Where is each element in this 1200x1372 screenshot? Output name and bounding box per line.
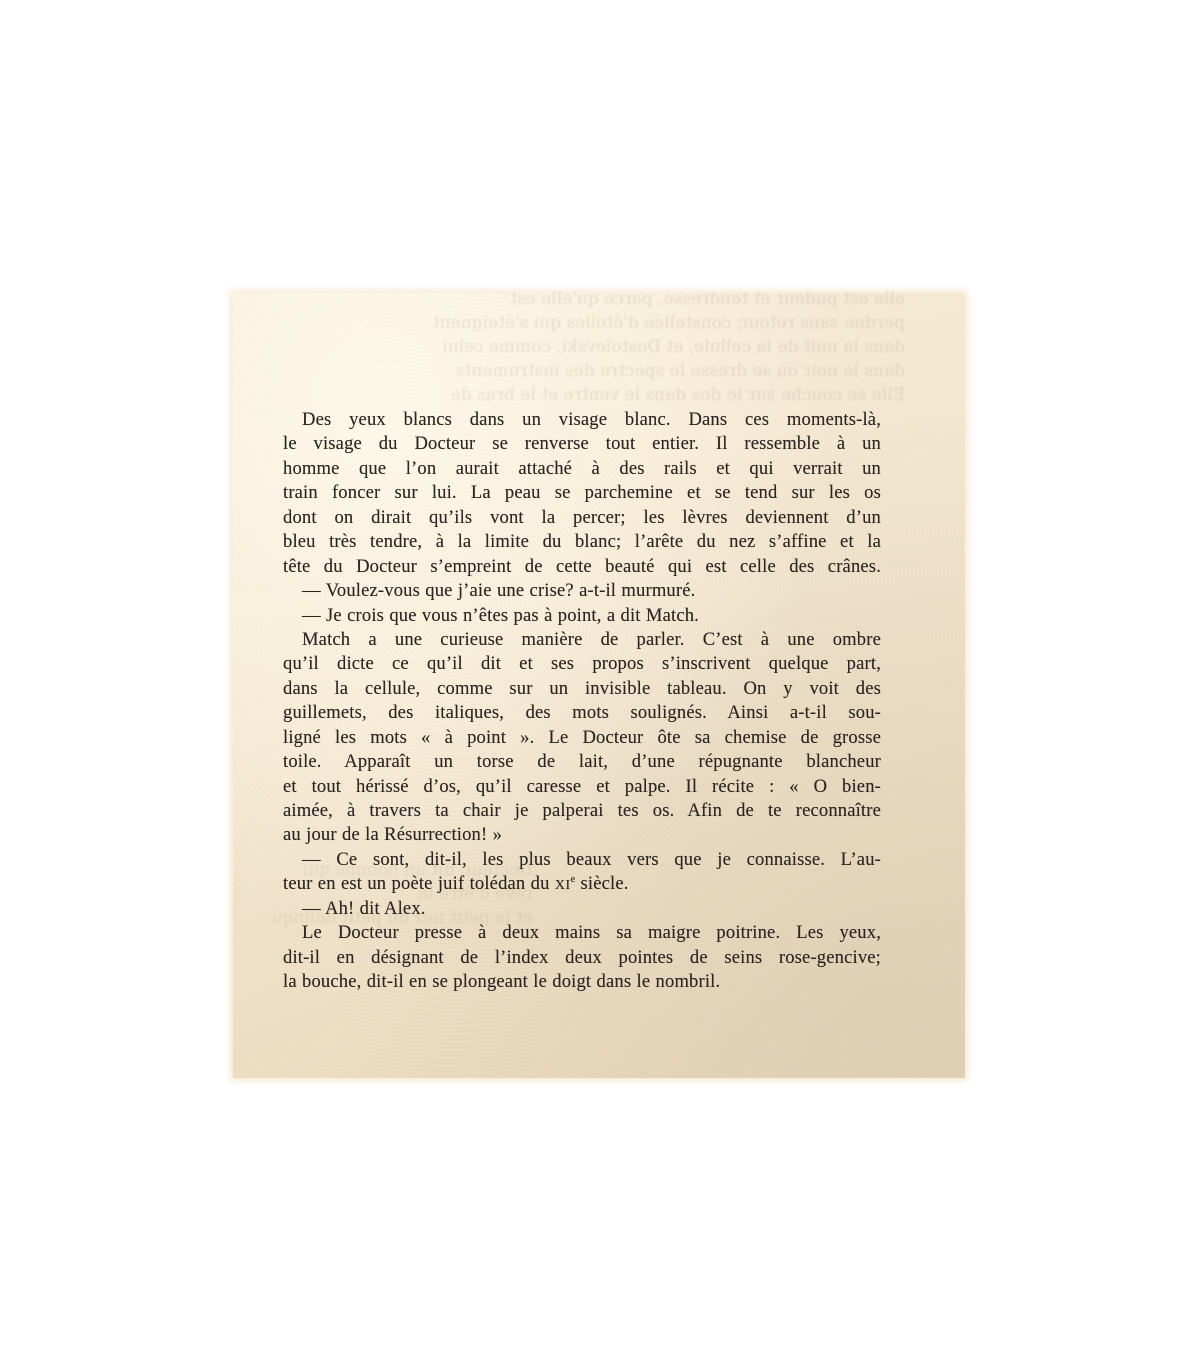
text-line: Le Docteur presse à deux mains sa maigre…: [283, 921, 881, 945]
text-line: tête du Docteur s’empreint de cette beau…: [283, 555, 881, 579]
bleed-through-line: dans la nuit de la cellule, et Dostoïevs…: [285, 335, 905, 359]
text-line: aimée, à travers ta chair je palperai te…: [283, 799, 881, 823]
bleed-through-line: Elle se couche sur le dos dans le ventre…: [285, 383, 905, 407]
text-line: ligné les mots « à point ». Le Docteur ô…: [283, 726, 881, 750]
text-line: teur en est un poète juif tolédan du XIe…: [283, 872, 881, 896]
text-line: guillemets, des italiques, des mots soul…: [283, 701, 881, 725]
bleed-through-line: elle est pudeur et tendresse, parce qu'e…: [285, 287, 905, 311]
text-line: au jour de la Résurrection! »: [283, 823, 881, 847]
text-line: Match a une curieuse manière de parler. …: [283, 628, 881, 652]
dialogue-line: — Voulez-vous que j’aie une crise? a-t-i…: [283, 579, 881, 603]
text-line: dit-il en désignant de l’index deux poin…: [283, 946, 881, 970]
bleed-through-line: dans le noir où se dresse le spectre des…: [285, 359, 905, 383]
text-line: dont on dirait qu’ils vont la percer; le…: [283, 506, 881, 530]
text-line: bleu très tendre, à la limite du blanc; …: [283, 530, 881, 554]
text-line: toile. Apparaît un torse de lait, d’une …: [283, 750, 881, 774]
text-line: la bouche, dit-il en se plongeant le doi…: [283, 970, 881, 994]
bleed-through-text: elle est pudeur et tendresse, parce qu'e…: [285, 287, 905, 407]
text-line: dans la cellule, comme sur un invisible …: [283, 677, 881, 701]
text-line: qu’il dicte ce qu’il dit et ses propos s…: [283, 652, 881, 676]
text-line: train foncer sur lui. La peau se parchem…: [283, 481, 881, 505]
dialogue-line: — Ce sont, dit-il, les plus beaux vers q…: [283, 848, 881, 872]
text-line: Des yeux blancs dans un visage blanc. Da…: [283, 408, 881, 432]
century-numeral: XI: [555, 878, 571, 893]
text-segment: teur en est un poète juif tolédan du: [283, 873, 555, 894]
text-line: le visage du Docteur se renverse tout en…: [283, 432, 881, 456]
dialogue-line: — Ah! dit Alex.: [283, 897, 881, 921]
bleed-through-line: perdue sans retour, constellée d'étoiles…: [285, 311, 905, 335]
text-line: homme que l’on aurait attaché à des rail…: [283, 457, 881, 481]
dialogue-line: — Je crois que vous n’êtes pas à point, …: [283, 604, 881, 628]
body-text: Des yeux blancs dans un visage blanc. Da…: [283, 408, 881, 995]
text-segment: siècle.: [575, 873, 628, 894]
text-line: et tout hérissé d’os, qu’il caresse et p…: [283, 775, 881, 799]
